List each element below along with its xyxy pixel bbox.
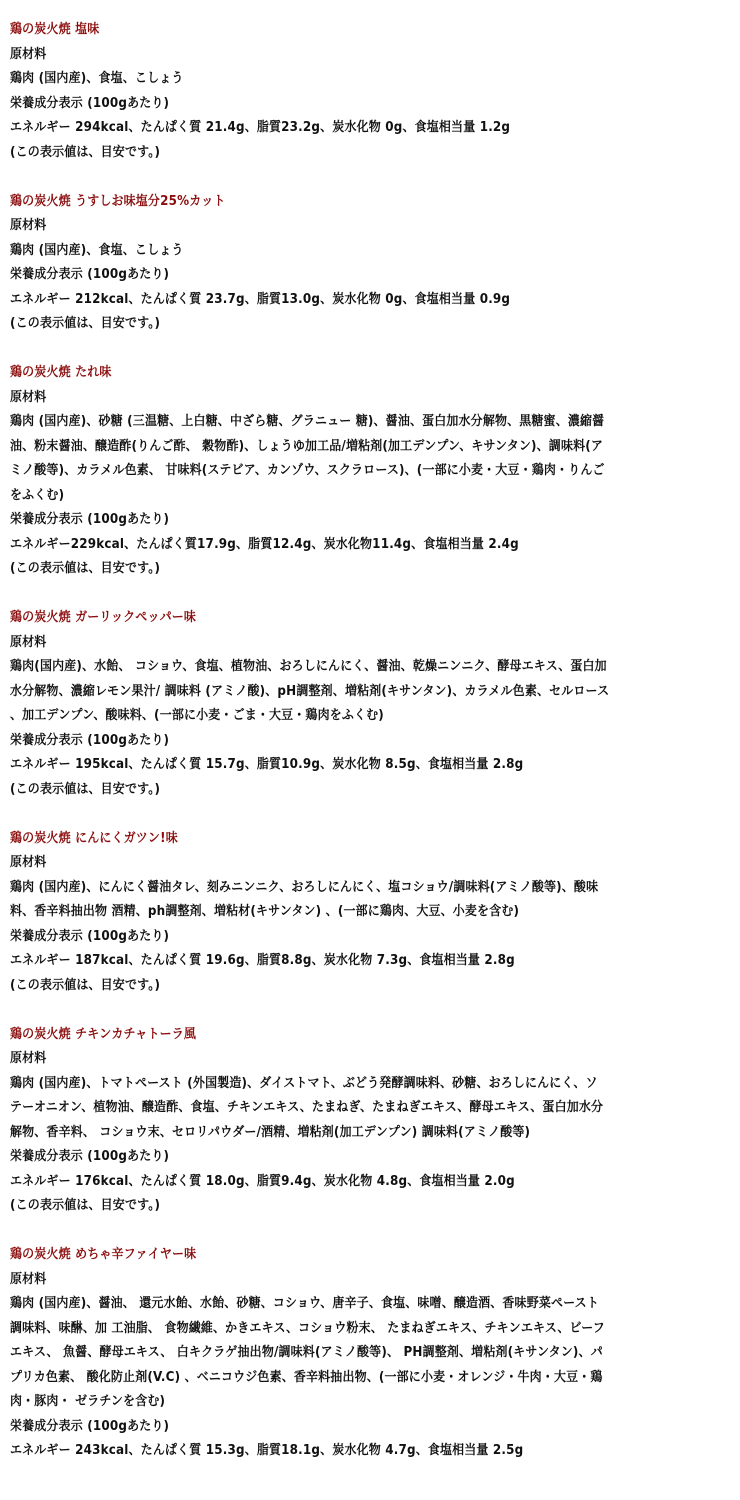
- product-info-document: 鶏の炭火焼 塩味 原材料 鶏肉 (国内産)、食塩、こしょう 栄養成分表示 (10…: [10, 18, 735, 1488]
- product-title: 鶏の炭火焼 うすしお味塩分25%カット: [10, 190, 677, 215]
- product-title: 鶏の炭火焼 にんにくガツン!味: [10, 827, 677, 852]
- nutrition-note: (この表示値は、目安です。): [10, 778, 677, 803]
- product-section-tare: 鶏の炭火焼 たれ味 原材料 鶏肉 (国内産)、砂糖 (三温糖、上白糖、中ざら糖、…: [10, 361, 735, 582]
- nutrition-note: (この表示値は、目安です。): [10, 1194, 677, 1219]
- nutrition-values: エネルギー 294kcal、たんぱく質 21.4g、脂質23.2g、炭水化物 0…: [10, 116, 677, 141]
- ingredients-line: ミノ酸等)、カラメル色素、 甘味料(ステビア、カンゾウ、スクラロース)、(一部に…: [10, 459, 677, 484]
- product-section-shio: 鶏の炭火焼 塩味 原材料 鶏肉 (国内産)、食塩、こしょう 栄養成分表示 (10…: [10, 18, 735, 165]
- product-title: 鶏の炭火焼 チキンカチャトーラ風: [10, 1023, 677, 1048]
- product-section-usushio: 鶏の炭火焼 うすしお味塩分25%カット 原材料 鶏肉 (国内産)、食塩、こしょう…: [10, 190, 735, 337]
- nutrition-values: エネルギー 243kcal、たんぱく質 15.3g、脂質18.1g、炭水化物 4…: [10, 1439, 677, 1464]
- nutrition-values: エネルギー 195kcal、たんぱく質 15.7g、脂質10.9g、炭水化物 8…: [10, 753, 677, 778]
- ingredients-line: 肉・豚肉・ ゼラチンを含む): [10, 1390, 677, 1415]
- ingredients-line: エキス、 魚醤、酵母エキス、 白キクラゲ抽出物/調味料(アミノ酸等)、 PH調整…: [10, 1341, 677, 1366]
- nutrition-label: 栄養成分表示 (100gあたり): [10, 1145, 677, 1170]
- ingredients-label: 原材料: [10, 1268, 677, 1293]
- product-section-fire: 鶏の炭火焼 めちゃ辛ファイヤー味 原材料 鶏肉 (国内産)、醤油、 還元水飴、水…: [10, 1243, 735, 1464]
- product-title: 鶏の炭火焼 めちゃ辛ファイヤー味: [10, 1243, 677, 1268]
- ingredients-label: 原材料: [10, 386, 677, 411]
- ingredients-line: 鶏肉 (国内産)、トマトペースト (外国製造)、ダイストマト、ぶどう発酵調味料、…: [10, 1072, 677, 1097]
- product-title: 鶏の炭火焼 たれ味: [10, 361, 677, 386]
- product-section-ninniku: 鶏の炭火焼 にんにくガツン!味 原材料 鶏肉 (国内産)、にんにく醤油タレ、刻み…: [10, 827, 735, 999]
- ingredients-line: 油、粉末醤油、醸造酢(りんご酢、 穀物酢)、しょうゆ加工品/増粘剤(加工デンプン…: [10, 435, 677, 460]
- nutrition-note: (この表示値は、目安です。): [10, 312, 677, 337]
- ingredients-line: をふくむ): [10, 484, 677, 509]
- ingredients-label: 原材料: [10, 43, 677, 68]
- product-title: 鶏の炭火焼 塩味: [10, 18, 677, 43]
- nutrition-values: エネルギー229kcal、たんぱく質17.9g、脂質12.4g、炭水化物11.4…: [10, 533, 677, 558]
- product-title: 鶏の炭火焼 ガーリックペッパー味: [10, 606, 677, 631]
- ingredients-line: 鶏肉 (国内産)、食塩、こしょう: [10, 239, 677, 264]
- nutrition-note: (この表示値は、目安です。): [10, 141, 677, 166]
- ingredients-line: 、加工デンプン、酸味料、(一部に小麦・ごま・大豆・鶏肉をふくむ): [10, 704, 677, 729]
- nutrition-note: (この表示値は、目安です。): [10, 974, 677, 999]
- nutrition-label: 栄養成分表示 (100gあたり): [10, 925, 677, 950]
- nutrition-label: 栄養成分表示 (100gあたり): [10, 1415, 677, 1440]
- nutrition-values: エネルギー 187kcal、たんぱく質 19.6g、脂質8.8g、炭水化物 7.…: [10, 949, 677, 974]
- ingredients-line: 調味料、味醂、加 工油脂、 食物繊維、かきエキス、コショウ粉末、 たまねぎエキス…: [10, 1317, 677, 1342]
- ingredients-line: 水分解物、濃縮レモン果汁/ 調味料 (アミノ酸)、pH調整剤、増粘剤(キサンタン…: [10, 680, 677, 705]
- ingredients-line: テーオニオン、植物油、醸造酢、食塩、チキンエキス、たまねぎ、たまねぎエキス、酵母…: [10, 1096, 677, 1121]
- nutrition-values: エネルギー 176kcal、たんぱく質 18.0g、脂質9.4g、炭水化物 4.…: [10, 1170, 677, 1195]
- ingredients-line: 料、香辛料抽出物 酒精、ph調整剤、増粘材(キサンタン) 、(一部に鶏肉、大豆、…: [10, 900, 677, 925]
- nutrition-label: 栄養成分表示 (100gあたり): [10, 92, 677, 117]
- nutrition-note: (この表示値は、目安です。): [10, 557, 677, 582]
- ingredients-line: 鶏肉(国内産)、水飴、 コショウ、食塩、植物油、おろしにんにく、醤油、乾燥ニンニ…: [10, 655, 677, 680]
- nutrition-label: 栄養成分表示 (100gあたり): [10, 729, 677, 754]
- nutrition-values: エネルギー 212kcal、たんぱく質 23.7g、脂質13.0g、炭水化物 0…: [10, 288, 677, 313]
- nutrition-label: 栄養成分表示 (100gあたり): [10, 508, 677, 533]
- ingredients-label: 原材料: [10, 631, 677, 656]
- ingredients-label: 原材料: [10, 214, 677, 239]
- ingredients-label: 原材料: [10, 851, 677, 876]
- ingredients-line: プリカ色素、 酸化防止剤(V.C) 、ベニコウジ色素、香辛料抽出物、(一部に小麦…: [10, 1366, 677, 1391]
- product-section-cacciatore: 鶏の炭火焼 チキンカチャトーラ風 原材料 鶏肉 (国内産)、トマトペースト (外…: [10, 1023, 735, 1219]
- ingredients-label: 原材料: [10, 1047, 677, 1072]
- ingredients-line: 鶏肉 (国内産)、食塩、こしょう: [10, 67, 677, 92]
- ingredients-line: 解物、香辛料、 コショウ末、セロリパウダー/酒精、増粘剤(加工デンプン) 調味料…: [10, 1121, 677, 1146]
- ingredients-line: 鶏肉 (国内産)、醤油、 還元水飴、水飴、砂糖、コショウ、唐辛子、食塩、味噌、醸…: [10, 1292, 677, 1317]
- nutrition-label: 栄養成分表示 (100gあたり): [10, 263, 677, 288]
- ingredients-line: 鶏肉 (国内産)、砂糖 (三温糖、上白糖、中ざら糖、グラニュー 糖)、醤油、蛋白…: [10, 410, 677, 435]
- product-section-garlic-pepper: 鶏の炭火焼 ガーリックペッパー味 原材料 鶏肉(国内産)、水飴、 コショウ、食塩…: [10, 606, 735, 802]
- ingredients-line: 鶏肉 (国内産)、にんにく醤油タレ、刻みニンニク、おろしにんにく、塩コショウ/調…: [10, 876, 677, 901]
